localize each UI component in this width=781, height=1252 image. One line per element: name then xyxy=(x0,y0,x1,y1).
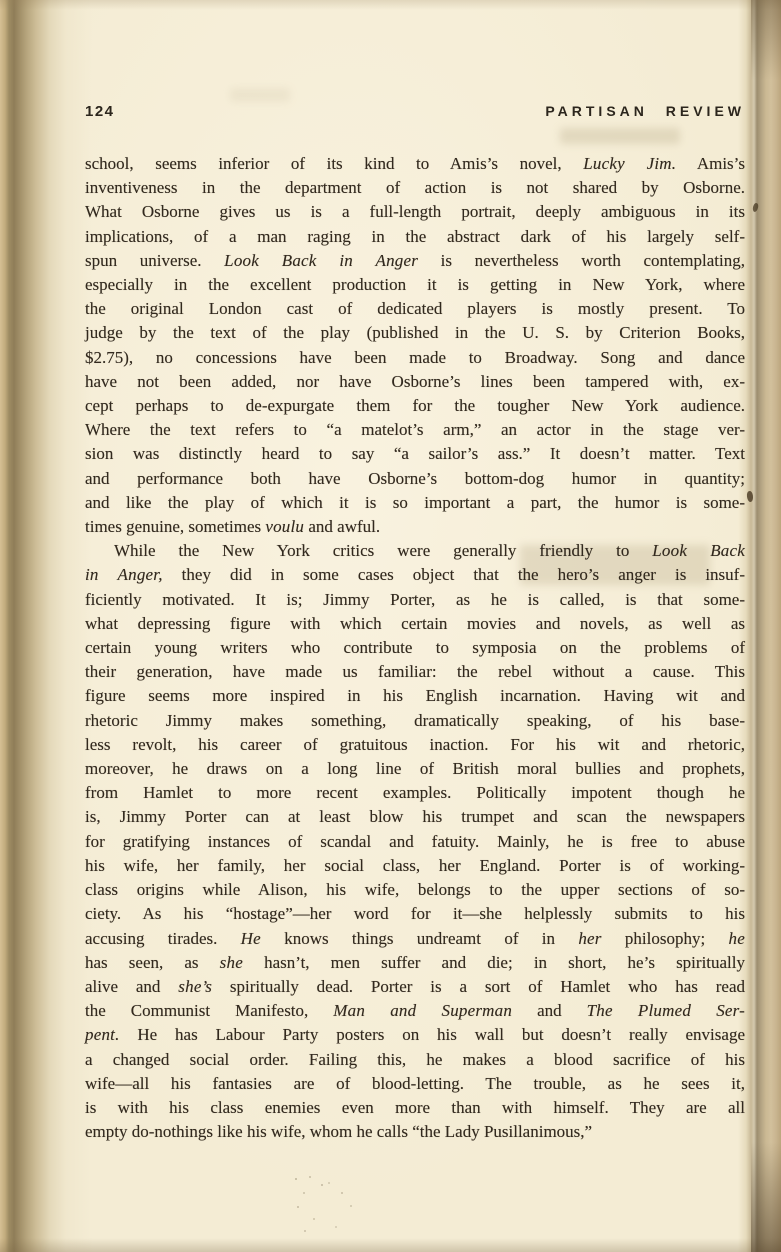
text-line: is, Jimmy Porter can at least blow his t… xyxy=(85,805,745,829)
text-line: rhetoric Jimmy makes something, dramatic… xyxy=(85,709,745,733)
text-line: empty do-nothings like his wife, whom he… xyxy=(85,1120,745,1144)
text-line: judge by the text of the play (published… xyxy=(85,321,745,345)
text-line: in Anger, they did in some cases object … xyxy=(85,563,745,587)
text-line: from Hamlet to more recent examples. Pol… xyxy=(85,781,745,805)
paragraph-2: While the New York critics were generall… xyxy=(85,539,745,1144)
text-line: implications, of a man raging in the abs… xyxy=(85,225,745,249)
text-line: what depressing figure with which certai… xyxy=(85,612,745,636)
text-line: accusing tirades. He knows things undrea… xyxy=(85,927,745,951)
text-line: times genuine, sometimes voulu and awful… xyxy=(85,515,745,539)
body-text: school, seems inferior of its kind to Am… xyxy=(85,152,745,1144)
text-line: sion was distinctly heard to say “a sail… xyxy=(85,442,745,466)
text-line: and like the play of which it is so impo… xyxy=(85,491,745,515)
text-line: their generation, have made us familiar:… xyxy=(85,660,745,684)
text-line: ficiently motivated. It is; Jimmy Porter… xyxy=(85,588,745,612)
text-line: figure seems more inspired in his Englis… xyxy=(85,684,745,708)
text-line: and performance both have Osborne’s bott… xyxy=(85,467,745,491)
text-line: is with his class enemies even more than… xyxy=(85,1096,745,1120)
show-through-ghost xyxy=(230,88,290,102)
journal-title: PARTISAN REVIEW xyxy=(545,103,745,119)
text-line: cept perhaps to de-expurgate them for th… xyxy=(85,394,745,418)
page-edge-shade xyxy=(751,0,781,1252)
text-line: While the New York critics were generall… xyxy=(85,539,745,563)
text-line: less revolt, his career of gratuitous in… xyxy=(85,733,745,757)
text-line: for gratifying instances of scandal and … xyxy=(85,830,745,854)
text-line: What Osborne gives us is a full-length p… xyxy=(85,200,745,224)
scanned-book-page: 124 PARTISAN REVIEW school, seems inferi… xyxy=(0,0,781,1252)
text-line: his wife, her family, her social class, … xyxy=(85,854,745,878)
text-line: certain young writers who contribute to … xyxy=(85,636,745,660)
pencil-speckles xyxy=(295,1178,297,1180)
text-line: pent. He has Labour Party posters on his… xyxy=(85,1023,745,1047)
text-line: have not been added, nor have Osborne’s … xyxy=(85,370,745,394)
text-line: moreover, he draws on a long line of Bri… xyxy=(85,757,745,781)
text-line: ciety. As his “hostage”—her word for it—… xyxy=(85,902,745,926)
text-line: a changed social order. Failing this, he… xyxy=(85,1048,745,1072)
paragraph-1: school, seems inferior of its kind to Am… xyxy=(85,152,745,539)
text-line: spun universe. Look Back in Anger is nev… xyxy=(85,249,745,273)
text-line: inventiveness in the department of actio… xyxy=(85,176,745,200)
page-header: 124 PARTISAN REVIEW xyxy=(85,103,745,120)
text-line: Where the text refers to “a matelot’s ar… xyxy=(85,418,745,442)
text-line: class origins while Alison, his wife, be… xyxy=(85,878,745,902)
page-content: 124 PARTISAN REVIEW school, seems inferi… xyxy=(85,103,745,1144)
text-line: the Communist Manifesto, Man and Superma… xyxy=(85,999,745,1023)
text-line: school, seems inferior of its kind to Am… xyxy=(85,152,745,176)
text-line: the original London cast of dedicated pl… xyxy=(85,297,745,321)
text-line: has seen, as she hasn’t, men suffer and … xyxy=(85,951,745,975)
text-line: wife—all his fantasies are of blood-lett… xyxy=(85,1072,745,1096)
page-number: 124 xyxy=(85,103,115,120)
text-line: especially in the excellent production i… xyxy=(85,273,745,297)
text-line: alive and she’s spiritually dead. Porter… xyxy=(85,975,745,999)
text-line: $2.75), no concessions have been made to… xyxy=(85,346,745,370)
